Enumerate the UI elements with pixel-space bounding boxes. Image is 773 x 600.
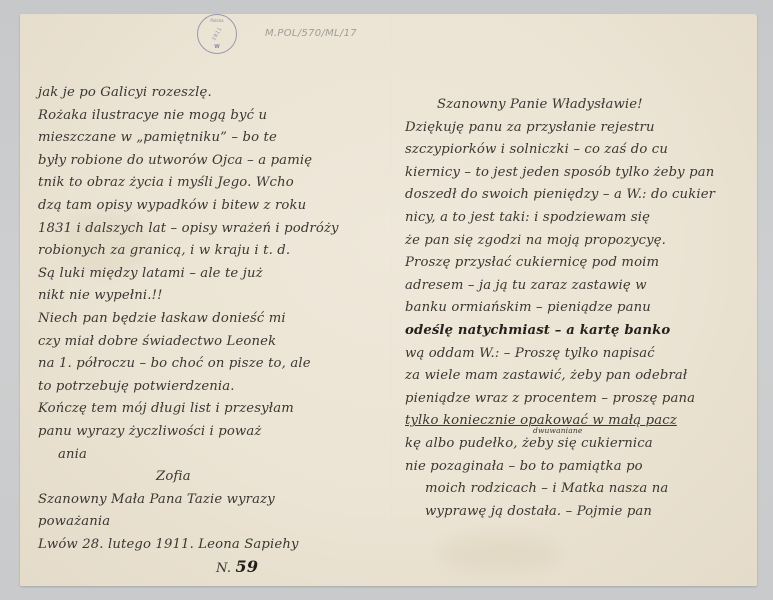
text-line: nie pozaginała – bo to pamiątka po (405, 456, 750, 479)
text-line: były robione do utworów Ojca – a pamię (38, 150, 383, 173)
text-line: za wiele mam zastawić, żeby pan odebrał (405, 365, 750, 388)
text-line: szczypiorków i solniczki – co zaś do cu (405, 139, 750, 162)
text-line: kę albo pudełko, żeby się cukiernica dwu… (405, 433, 750, 456)
text-line: kiernicy – to jest jeden sposób tylko że… (405, 162, 750, 185)
number-value: 59 (236, 557, 259, 576)
addressee-name: Leona Sapiehy (198, 537, 298, 552)
signature: Zofia (38, 466, 383, 489)
text-line: adresem – ja ją tu zaraz zastawię w (405, 275, 750, 298)
text-line: mieszczane w „pamiętniku” – bo te (38, 127, 383, 150)
place-date: Lwów 28. lutego 1911. (38, 537, 194, 552)
text-line: dzą tam opisy wypadków i bitew z roku (38, 195, 383, 218)
text-line: czy miał dobre świadectwo Leonek (38, 331, 383, 354)
text-line: panu wyrazy życzliwości i poważ (38, 421, 383, 444)
scan-background: Polona 1911 W M.POL/570/ML/17 jak je po … (0, 0, 773, 600)
stamp-bottom-text: W (214, 44, 220, 50)
text-line: Kończę tem mój długi list i przesyłam (38, 398, 383, 421)
interlinear-insertion: dwuwaniane (533, 427, 582, 435)
letter-sheet: Polona 1911 W M.POL/570/ML/17 jak je po … (20, 14, 757, 586)
text-line: Proszę przysłać cukiernicę pod moim (405, 252, 750, 275)
library-stamp: Polona 1911 W (197, 14, 237, 54)
letter-number: N. 59 (38, 556, 383, 579)
right-page-text: Szanowny Panie Władysławie! Dziękuję pan… (405, 94, 750, 523)
text-line: banku ormiańskim – pieniądze panu (405, 297, 750, 320)
center-fold (390, 14, 392, 586)
text-line: tnik to obraz życia i myśli Jego. Wcho (38, 172, 383, 195)
number-prefix: N. (216, 561, 231, 576)
greeting: Szanowny Panie Władysławie! (405, 94, 750, 117)
text-line: nikt nie wypełni.!! (38, 285, 383, 308)
dateline: Lwów 28. lutego 1911. Leona Sapiehy (38, 534, 383, 557)
text-line: robionych za granicą, i w kraju i t. d. (38, 240, 383, 263)
stamp-ring-text: Polona (210, 18, 223, 23)
text-line: to potrzebuję potwierdzenia. (38, 376, 383, 399)
text-line: na 1. półroczu – bo choć on pisze to, al… (38, 353, 383, 376)
text-line: że pan się zgodzi na moją propozycyę. (405, 230, 750, 253)
text-line: doszedł do swoich pieniędzy – a W.: do c… (405, 184, 750, 207)
text-line: jak je po Galicyi rozeszlę. (38, 82, 383, 105)
text-line: odeślę natychmiast – a kartę banko (405, 320, 750, 343)
text-line: 1831 i dalszych lat – opisy wrażeń i pod… (38, 218, 383, 241)
closing-line: Szanowny Mała Pana Tazie wyrazy (38, 489, 383, 512)
text-line: pieniądze wraz z procentem – proszę pana (405, 388, 750, 411)
text-line: wą oddam W.: – Proszę tylko napisać (405, 343, 750, 366)
paper-stain (440, 534, 560, 574)
text-line: wyprawę ją dostała. – Pojmie pan (405, 501, 750, 524)
left-page-text: jak je po Galicyi rozeszlę. Rożaka ilust… (38, 82, 383, 579)
text-line: Niech pan będzie łaskaw donieść mi (38, 308, 383, 331)
text-line-content: kę albo pudełko, żeby się cukiernica (405, 436, 653, 451)
text-line: Rożaka ilustracye nie mogą być u (38, 105, 383, 128)
text-line: nicy, a to jest taki: i spodziewam się (405, 207, 750, 230)
text-line: Są luki między latami – ale te już (38, 263, 383, 286)
text-line: ania (38, 444, 383, 467)
text-line: moich rodzicach – i Matka nasza na (405, 478, 750, 501)
stamp-center-text: 1911 (211, 26, 224, 42)
closing-line: poważania (38, 511, 383, 534)
text-line: Dziękuję panu za przysłanie rejestru (405, 117, 750, 140)
shelfmark: M.POL/570/ML/17 (265, 28, 357, 39)
